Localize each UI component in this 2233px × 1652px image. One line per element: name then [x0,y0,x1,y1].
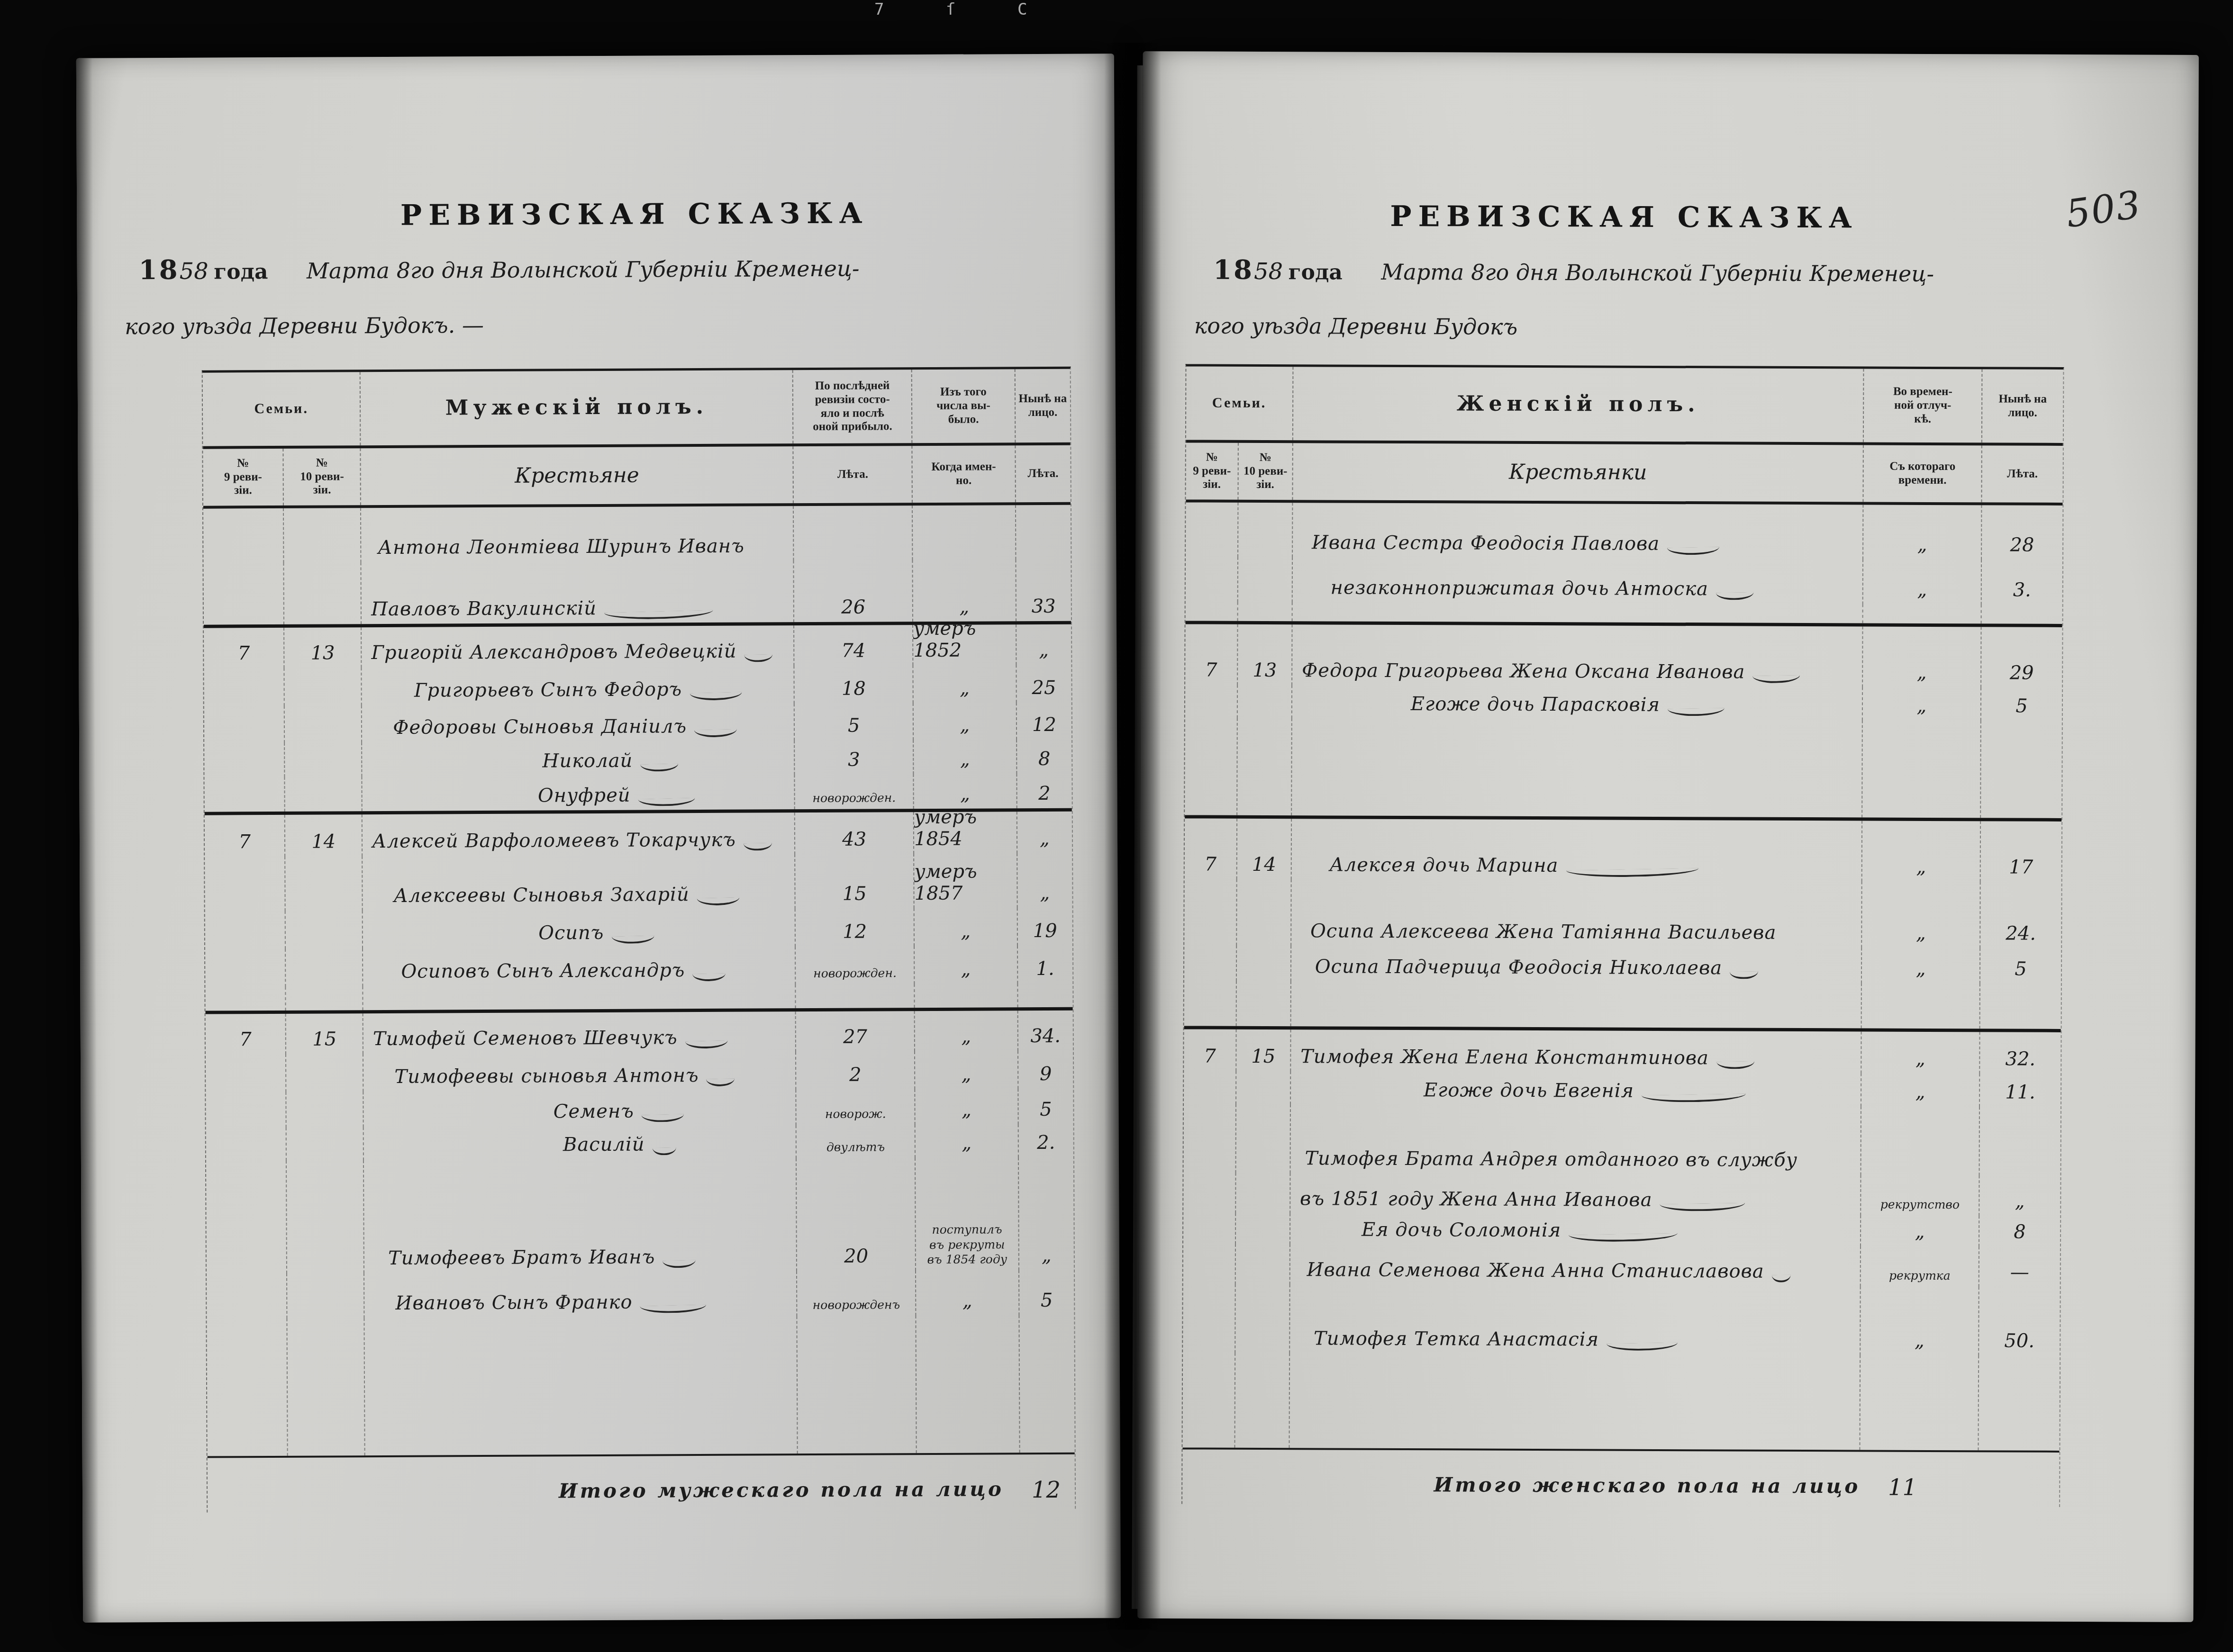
cell-age-now: 1. [1017,946,1072,984]
person-name: Тимофеевъ Братъ Иванъ [388,1246,655,1269]
handwritten-underline-flourish [1607,1343,1678,1352]
table-row: Ея дочь Соломонія„8 [1183,1213,2060,1246]
handwritten-underline-flourish [694,729,737,738]
cell-age-now: „ [1017,812,1072,854]
cell-rev10-number [285,911,362,949]
cell-age-last-revision-value: новорожден. [812,790,896,805]
col-header-now-present: Нынѣ на лицо. [1981,369,2063,443]
table-row: Тимофеевы сыновья Антонъ2„9 [206,1051,1073,1092]
cell-rev10-number: 14 [284,814,362,857]
handwritten-underline-flourish [744,654,772,663]
cell-age-last-revision-value: новорожденъ [813,1297,900,1312]
table-footer: Итого женскаго пола на лицо 11 [1182,1447,2059,1507]
col-header-last-revision: По послѣдней ревизіи состо- яло и послѣ … [792,370,911,443]
cell-age-now-value: 8 [2014,1221,2026,1243]
cell-departed-when-value: „ [959,596,969,618]
cell-rev9-number [206,1161,286,1274]
cell-age-now-value: 50. [2004,1330,2034,1352]
cell-age-now: 2 [1016,774,1071,809]
person-name: Осипа Падчерица Феодосія Николаева [1315,956,1722,979]
film-edge-marks: 7 ſ C [874,0,1053,19]
cell-away-since [1861,720,1980,818]
cell-departed-when: „ [913,740,1016,774]
cell-departed-when: умеръ 1852 [912,624,1016,665]
cell-rev9-number: 7 [1185,624,1237,685]
cell-rev9-number [206,1128,286,1161]
cell-rev10-number-value: 15 [312,1028,336,1050]
handwritten-underline-flourish [604,610,713,621]
cell-age-last-revision: 15 [795,854,914,909]
person-name: Егоже дочь Парасковія [1411,693,1660,716]
cell-age-now-value: 29 [2010,662,2034,684]
subheader-years-now: Лѣта. [1981,445,2062,503]
cell-rev10-number [286,1273,363,1318]
table-row [205,984,1072,1011]
cell-rev9-number [1185,718,1237,815]
person-name: незаконноприжитая дочь Антоска [1331,577,1709,600]
cell-age-last-revision-value: 15 [843,883,867,905]
cell-age-now: 3. [1981,560,2062,605]
handwritten-underline-flourish [1730,971,1758,979]
cell-name: Осипъ [362,909,795,948]
cell-away-since-value: „ [1916,922,1926,944]
cell-departed-when: „ [913,703,1016,740]
cell-age-now-value: „ [1039,639,1049,661]
person-name: Алексея дочь Марина [1330,854,1559,877]
cell-away-since: „ [1862,626,1980,687]
cell-rev10-number-value: 15 [1251,1046,1275,1067]
cell-age-last-revision: новорож. [796,1089,915,1125]
cell-rev9-number [204,777,284,812]
cell-name: Ивана Семенова Жена Анна Станиславова [1289,1244,1861,1286]
cell-away-since-value: „ [1916,958,1926,980]
cell-name: Егоже дочь Евгенія [1290,1071,1861,1106]
cell-away-since-value: рекрутка [1889,1268,1951,1283]
cell-rev9-number-value: 7 [238,642,250,664]
table-row [1182,1353,2060,1450]
cell-age-now: 5 [1017,1089,1073,1125]
col-header-revision9: № 9 реви- зіи. [203,449,283,506]
cell-rev9-number [1184,981,1236,1026]
cell-rev10-number [1237,602,1292,621]
cell-age-now [1980,605,2062,624]
person-name: Ивана Сестра Феодосія Павлова [1312,532,1660,555]
cell-age-last-revision: 20 [796,1158,915,1271]
cell-rev9-number [1184,945,1236,981]
handwritten-underline-flourish [652,1147,676,1155]
person-name: Григорьевъ Сынъ Федоръ [414,678,682,701]
cell-age-last-revision-value: 18 [842,678,866,700]
col-header-now-present: Нынѣ на лицо. [1015,369,1071,443]
cell-name: Онуфрей [362,775,794,811]
cell-age-now-value: 12 [1032,714,1056,736]
cell-rev9-number-value: 7 [239,1029,252,1050]
handwritten-date: Марта 8го дня Волынской Губерніи Кремене… [307,256,860,284]
cell-age-last-revision-value: 5 [848,715,860,737]
cell-age-now-value: 5 [1040,1099,1052,1120]
total-value: 11 [1888,1474,1917,1501]
table-header-row: Семьи. Мужескій полъ. По послѣдней ревиз… [203,369,1071,449]
table-row [1184,981,2061,1029]
cell-rev10-number [284,668,361,706]
person-name: Григорій Александровъ Медвецкій [371,641,736,664]
handwritten-underline-flourish [1566,868,1698,878]
cell-name: Осипа Алексеева Жена Татіянна Васильева [1290,879,1861,948]
cell-name: Тимофея Тетка Анастасія [1289,1284,1860,1355]
cell-age-now-value: „ [1040,828,1050,849]
cell-away-since-value: „ [1915,1048,1925,1070]
cell-age-now: 17 [1980,821,2061,882]
cell-rev10-number [285,1054,363,1092]
subheader-peasants: Крестьяне [360,446,793,505]
table-row: Ивановъ Сынъ Франконоворожденъ„5 [207,1270,1074,1319]
table-row [1186,602,2062,623]
cell-name: Осипа Падчерица Феодосія Николаева [1290,946,1861,983]
total-label: Итого женскаго пола на лицо [1434,1473,1860,1498]
cell-age-last-revision: новорожден. [794,774,913,809]
cell-away-since [1862,604,1981,623]
cell-age-now-value: 17 [2009,857,2033,878]
cell-age-last-revision: 26 [793,560,912,622]
table-row: незаконноприжитая дочь Антоска„3. [1186,557,2062,605]
cell-name: Тимофеевъ Братъ Иванъ [363,1158,796,1273]
cell-rev9-number [1184,1071,1235,1104]
table-row [1185,718,2062,818]
table-row: Егоже дочь Парасковія„5 [1185,685,2062,721]
table-row: 713Григорій Александровъ Медвецкій74умер… [204,621,1071,668]
cell-age-now [1978,1355,2060,1451]
person-name: Тимофеевы сыновья Антонъ [394,1065,699,1088]
person-name: Семенъ [554,1101,634,1123]
cell-rev9-number [204,668,284,706]
cell-age-now-value: 3. [2013,579,2031,601]
cell-away-since-value: „ [1915,1081,1925,1103]
cell-name: Тимофей Семеновъ Шевчукъ [363,1011,796,1054]
cell-departed-when-value: „ [960,783,970,805]
cell-rev10-number [286,1092,363,1128]
cell-rev9-number [204,706,284,743]
cell-rev9-number [1183,1244,1235,1284]
table-row: Тимофеевъ Братъ Иванъ20поступилъ въ рекр… [206,1157,1074,1274]
cell-away-since: рекрутка [1860,1246,1979,1287]
cell-name: Василій [363,1125,796,1160]
handwritten-underline-flourish [1716,1061,1754,1069]
cell-rev10-number-value: 14 [1252,854,1276,876]
printed-year-word: года [214,260,268,284]
handwritten-underline-flourish [697,897,739,906]
printed-year-word: года [1289,260,1343,284]
cell-rev10-number [1235,1244,1289,1284]
cell-away-since-value: „ [1915,1221,1925,1243]
cell-name: Григорьевъ Сынъ Федоръ [361,666,794,705]
cell-name: Ивановъ Сынъ Франко [363,1271,797,1318]
cell-departed-when-value: „ [962,1064,971,1085]
cell-age-last-revision: 5 [794,703,913,740]
cell-age-now-value: 8 [1038,748,1051,770]
cell-departed-when: „ [914,946,1017,984]
table-row: Онуфрейноворожден.„2 [204,774,1071,812]
cell-age-last-revision-value: двулѣтъ [826,1139,885,1155]
cell-departed-when [912,505,1015,560]
cell-age-now-value: 25 [1032,677,1056,699]
cell-name: Егоже дочь Парасковія [1291,685,1862,720]
cell-rev10-number [1235,1104,1290,1173]
cell-name: Федора Григорьева Жена Оксана Иванова [1291,624,1862,687]
cell-rev9-number-value: 7 [1205,854,1217,876]
cell-departed-when [915,1315,1019,1453]
handwritten-underline-flourish [1569,1233,1678,1243]
table-row: Ивана Сестра Феодосія Павлова„28 [1186,502,2062,560]
handwritten-underline-flourish [1772,1274,1791,1282]
cell-age-last-revision-value: 3 [848,749,860,771]
subheader-since-when: Съ котораго времени. [1863,445,1981,502]
table-row: 713Федора Григорьева Жена Оксана Иванова… [1185,621,2062,687]
handwritten-underline-flourish [692,973,726,982]
cell-departed-when-value: „ [960,714,970,736]
table-header-row: Семьи. Женскій полъ. Во времен- ной отлу… [1186,366,2063,445]
cell-age-last-revision: новорожденъ [796,1271,915,1316]
table-row: Василійдвулѣтъ„2. [206,1124,1073,1161]
cell-rev9-number: 7 [1185,818,1237,879]
right-page-scan: РЕВИЗСКАЯ СКАЗКА 503 1858 года Марта 8го… [1137,51,2199,1622]
person-name: Антона Леонтіева Шуринъ Иванъ [378,535,744,559]
cell-name: Алексей Варфоломеевъ Токарчукъ [362,812,795,856]
handwritten-underline-flourish [642,1114,684,1122]
cell-rev9-number [1184,879,1236,945]
cell-name [1289,1353,1860,1450]
table-row: Егоже дочь Евгенія„11. [1184,1071,2061,1107]
cell-rev10-number [286,1127,363,1161]
cell-departed-when: умеръ 1857 [913,853,1017,908]
cell-name [363,984,795,1010]
table-row: 714Алексея дочь Марина„17 [1185,815,2061,882]
person-name: Алексей Варфоломеевъ Токарчукъ [372,829,736,852]
table-row [207,1315,1074,1456]
cell-rev10-number: 14 [1236,819,1291,879]
cell-rev10-number [1235,1213,1289,1244]
cell-departed-when-value: „ [961,921,971,942]
handwritten-date: Марта 8го дня Волынской Губерніи Кремене… [1381,259,1934,287]
cell-rev9-number [1184,1104,1236,1173]
cell-rev9-number [205,857,285,912]
cell-departed-when: „ [914,1089,1017,1125]
handwritten-underline-flourish [690,692,742,701]
cell-age-now: 24. [1979,882,2061,948]
cell-age-now: „ [1016,624,1071,665]
cell-rev10-number: 15 [285,1013,363,1054]
col-header-male-sex: Мужескій полъ. [360,370,793,445]
subheader-years-now: Лѣта. [1015,445,1071,503]
cell-departed-when-value: „ [960,677,970,699]
cell-age-last-revision: 43 [794,812,913,854]
cell-age-last-revision: 18 [794,665,913,704]
cell-age-last-revision: двулѣтъ [796,1125,915,1158]
cell-age-now: 9 [1017,1051,1073,1089]
col-header-departed: Изъ того числа вы- было. [911,369,1015,443]
cell-rev10-number [1237,557,1292,602]
cell-name: Алексеевы Сыновья Захарій [362,854,795,911]
handwritten-underline-flourish [1642,1093,1746,1103]
cell-rev10-number [285,948,362,987]
table-footer: Итого мужескаго пола на лицо 12 [208,1453,1075,1513]
cell-age-now [1018,1315,1074,1453]
cell-age-now: „ [1017,853,1072,908]
cell-age-last-revision [793,506,912,560]
cell-departed-when-value: „ [962,1290,972,1312]
cell-departed-when: „ [913,774,1016,809]
person-name: Егоже дочь Евгенія [1424,1079,1634,1102]
cell-name [364,1316,797,1455]
cell-rev9-number-value: 7 [1204,1046,1216,1067]
cell-name: Тимофея Брата Андрея отданного въ службу [1289,1104,1861,1175]
cell-age-now-value: 24. [2006,922,2036,944]
cell-rev9-number [1182,1353,1235,1447]
cell-departed-when: „ [914,1011,1017,1051]
cell-away-since: „ [1861,1073,1979,1107]
subheader-when-exactly: Когда имен- но. [911,445,1015,503]
cell-rev9-number [1183,1213,1235,1244]
cell-away-since-value: рекрутство [1880,1197,1960,1212]
person-name: Ея дочь Соломонія [1362,1219,1561,1241]
cell-age-now-value: 28 [2010,534,2034,556]
cell-age-now-value: 34. [1030,1025,1061,1047]
cell-age-last-revision: 27 [795,1011,914,1052]
person-name: Ивана Семенова Жена Анна Станиславова [1307,1259,1764,1282]
cell-age-now-value: 19 [1033,920,1057,942]
table-row: Николай3„8 [204,740,1071,777]
cell-departed-when [914,984,1017,1008]
cell-departed-when: умеръ 1854 [913,812,1017,854]
cell-away-since: „ [1861,821,1980,882]
cell-rev9-number: 7 [206,1014,286,1055]
cell-away-since-value: „ [1917,579,1927,601]
cell-rev9-number [1185,685,1237,718]
cell-away-since: „ [1862,687,1980,721]
cell-departed-when: „ [915,1270,1018,1316]
revision-table-male: Семьи. Мужескій полъ. По послѣдней ревиз… [202,367,1076,1513]
cell-age-now-value: 32. [2005,1048,2035,1070]
cell-departed-when: „ [915,1124,1018,1158]
person-name: Осипъ [538,922,604,944]
cell-rev10-number [284,705,361,743]
table-row: Осипа Падчерица Феодосія Николаева„5 [1184,945,2061,984]
col-header-family: Семьи. [1186,366,1292,440]
table-row: 715Тимофей Семеновъ Шевчукъ27„34. [206,1007,1073,1055]
cell-name: Николай [361,740,794,776]
cell-rev10-number [1237,503,1292,557]
table-subheader-row: № 9 реви- зіи. № 10 реви- зіи. Крестьяне… [203,445,1071,509]
cell-rev10-number-value: 14 [311,831,336,852]
subheader-peasant-women: Крестьянки [1292,443,1863,502]
cell-name [1290,981,1861,1028]
cell-rev10-number [1235,1284,1289,1353]
cell-age-now: 32. [1979,1032,2061,1074]
cell-rev9-number [1186,602,1237,621]
table-row: 715Тимофея Жена Елена Константинова„32. [1184,1026,2061,1074]
cell-age-last-revision: новорожден. [795,946,914,984]
total-label: Итого мужескаго пола на лицо [559,1477,1004,1502]
cell-age-last-revision-value: 43 [842,829,866,850]
left-page-scan: РЕВИЗСКАЯ СКАЗКА 1858 года Марта 8го дня… [76,54,1121,1623]
handwritten-underline-flourish [638,798,695,807]
cell-rev10-number [286,1160,363,1273]
cell-rev9-number [207,1273,287,1319]
cell-name: Ея дочь Соломонія [1289,1213,1861,1246]
cell-rev9-number [206,1054,286,1092]
cell-name: Семенъ [363,1090,796,1127]
cell-rev9-number [1186,502,1238,557]
cell-away-since-value: „ [1917,662,1927,684]
cell-age-last-revision-value: 74 [841,640,865,662]
handwritten-underline-flourish [640,763,678,772]
cell-rev10-number [1236,879,1290,946]
handwritten-underline-flourish [685,1040,728,1049]
cell-rev9-number [205,949,285,987]
cell-age-now-value: „ [1040,882,1050,904]
cell-rev10-number [1236,718,1291,815]
cell-rev9-number [1186,557,1237,602]
printed-year-prefix: 18 [139,254,180,286]
cell-rev9-number [1183,1173,1235,1213]
cell-departed-when-value: умеръ 1854 [914,812,1017,850]
cell-age-now: 34. [1017,1011,1072,1051]
handwritten-underline-flourish [1667,547,1719,555]
cell-age-now: 19 [1017,908,1072,946]
table-row: Тимофея Брата Андрея отданного въ службу [1184,1104,2061,1175]
cell-age-now: 8 [1016,740,1071,774]
cell-away-since: „ [1861,881,1979,948]
cell-away-since-value: „ [1917,695,1927,717]
cell-name: Алексея дочь Марина [1291,819,1862,881]
cell-away-since: „ [1861,948,1979,984]
cell-rev9-number [203,563,283,625]
cell-away-since [1861,983,1979,1029]
cell-rev9-number [203,508,283,563]
cell-rev9-number [205,987,285,1011]
cell-rev10-number: 13 [283,627,361,668]
cell-rev10-number [1235,1353,1289,1448]
cell-departed-when-value: поступилъ въ рекруты въ 1854 году [927,1222,1007,1266]
cell-away-since: „ [1862,559,1981,605]
cell-name: Федоровы Сыновья Даніилъ [361,704,794,742]
cell-away-since-value: „ [1915,1330,1924,1352]
cell-name: Ивана Сестра Феодосія Павлова [1292,503,1863,559]
date-line-continued: кого уѣзда Деревни Будокъ. — [125,312,484,339]
cell-age-now-value: „ [1042,1245,1052,1266]
cell-name: Григорій Александровъ Медвецкій [361,625,794,668]
cell-name: Антона Леонтіева Шуринъ Иванъ [360,506,793,562]
table-subheader-row: № 9 реви- зіи. № 10 реви- зіи. Крестьянк… [1186,442,2062,505]
cell-away-since: рекрутство [1860,1175,1979,1216]
cell-age-now-value: 2 [1038,783,1051,804]
person-name: Федора Григорьева Жена Оксана Иванова [1302,659,1745,683]
cell-departed-when-value: „ [960,749,970,770]
handwritten-underline-flourish [744,843,772,851]
person-name: Ивановъ Сынъ Франко [395,1291,632,1314]
person-name: Василій [563,1134,645,1156]
cell-rev9-number: 7 [205,815,285,857]
cell-age-now: 12 [1016,703,1071,740]
person-name: Тимофея Тетка Анастасія [1314,1327,1599,1350]
table-row: Осипа Алексеева Жена Татіянна Васильева„… [1184,879,2061,948]
cell-rev9-number [207,1318,287,1456]
cell-age-last-revision: 3 [794,740,913,775]
table-row: въ 1851 году Жена Анна Ивановарекрутство… [1183,1173,2060,1216]
person-name: Алексеевы Сыновья Захарій [394,884,690,907]
cell-age-now-value: 5 [2015,695,2028,717]
cell-age-now: „ [1979,1175,2060,1216]
cell-age-now-value: 5 [1041,1290,1053,1311]
